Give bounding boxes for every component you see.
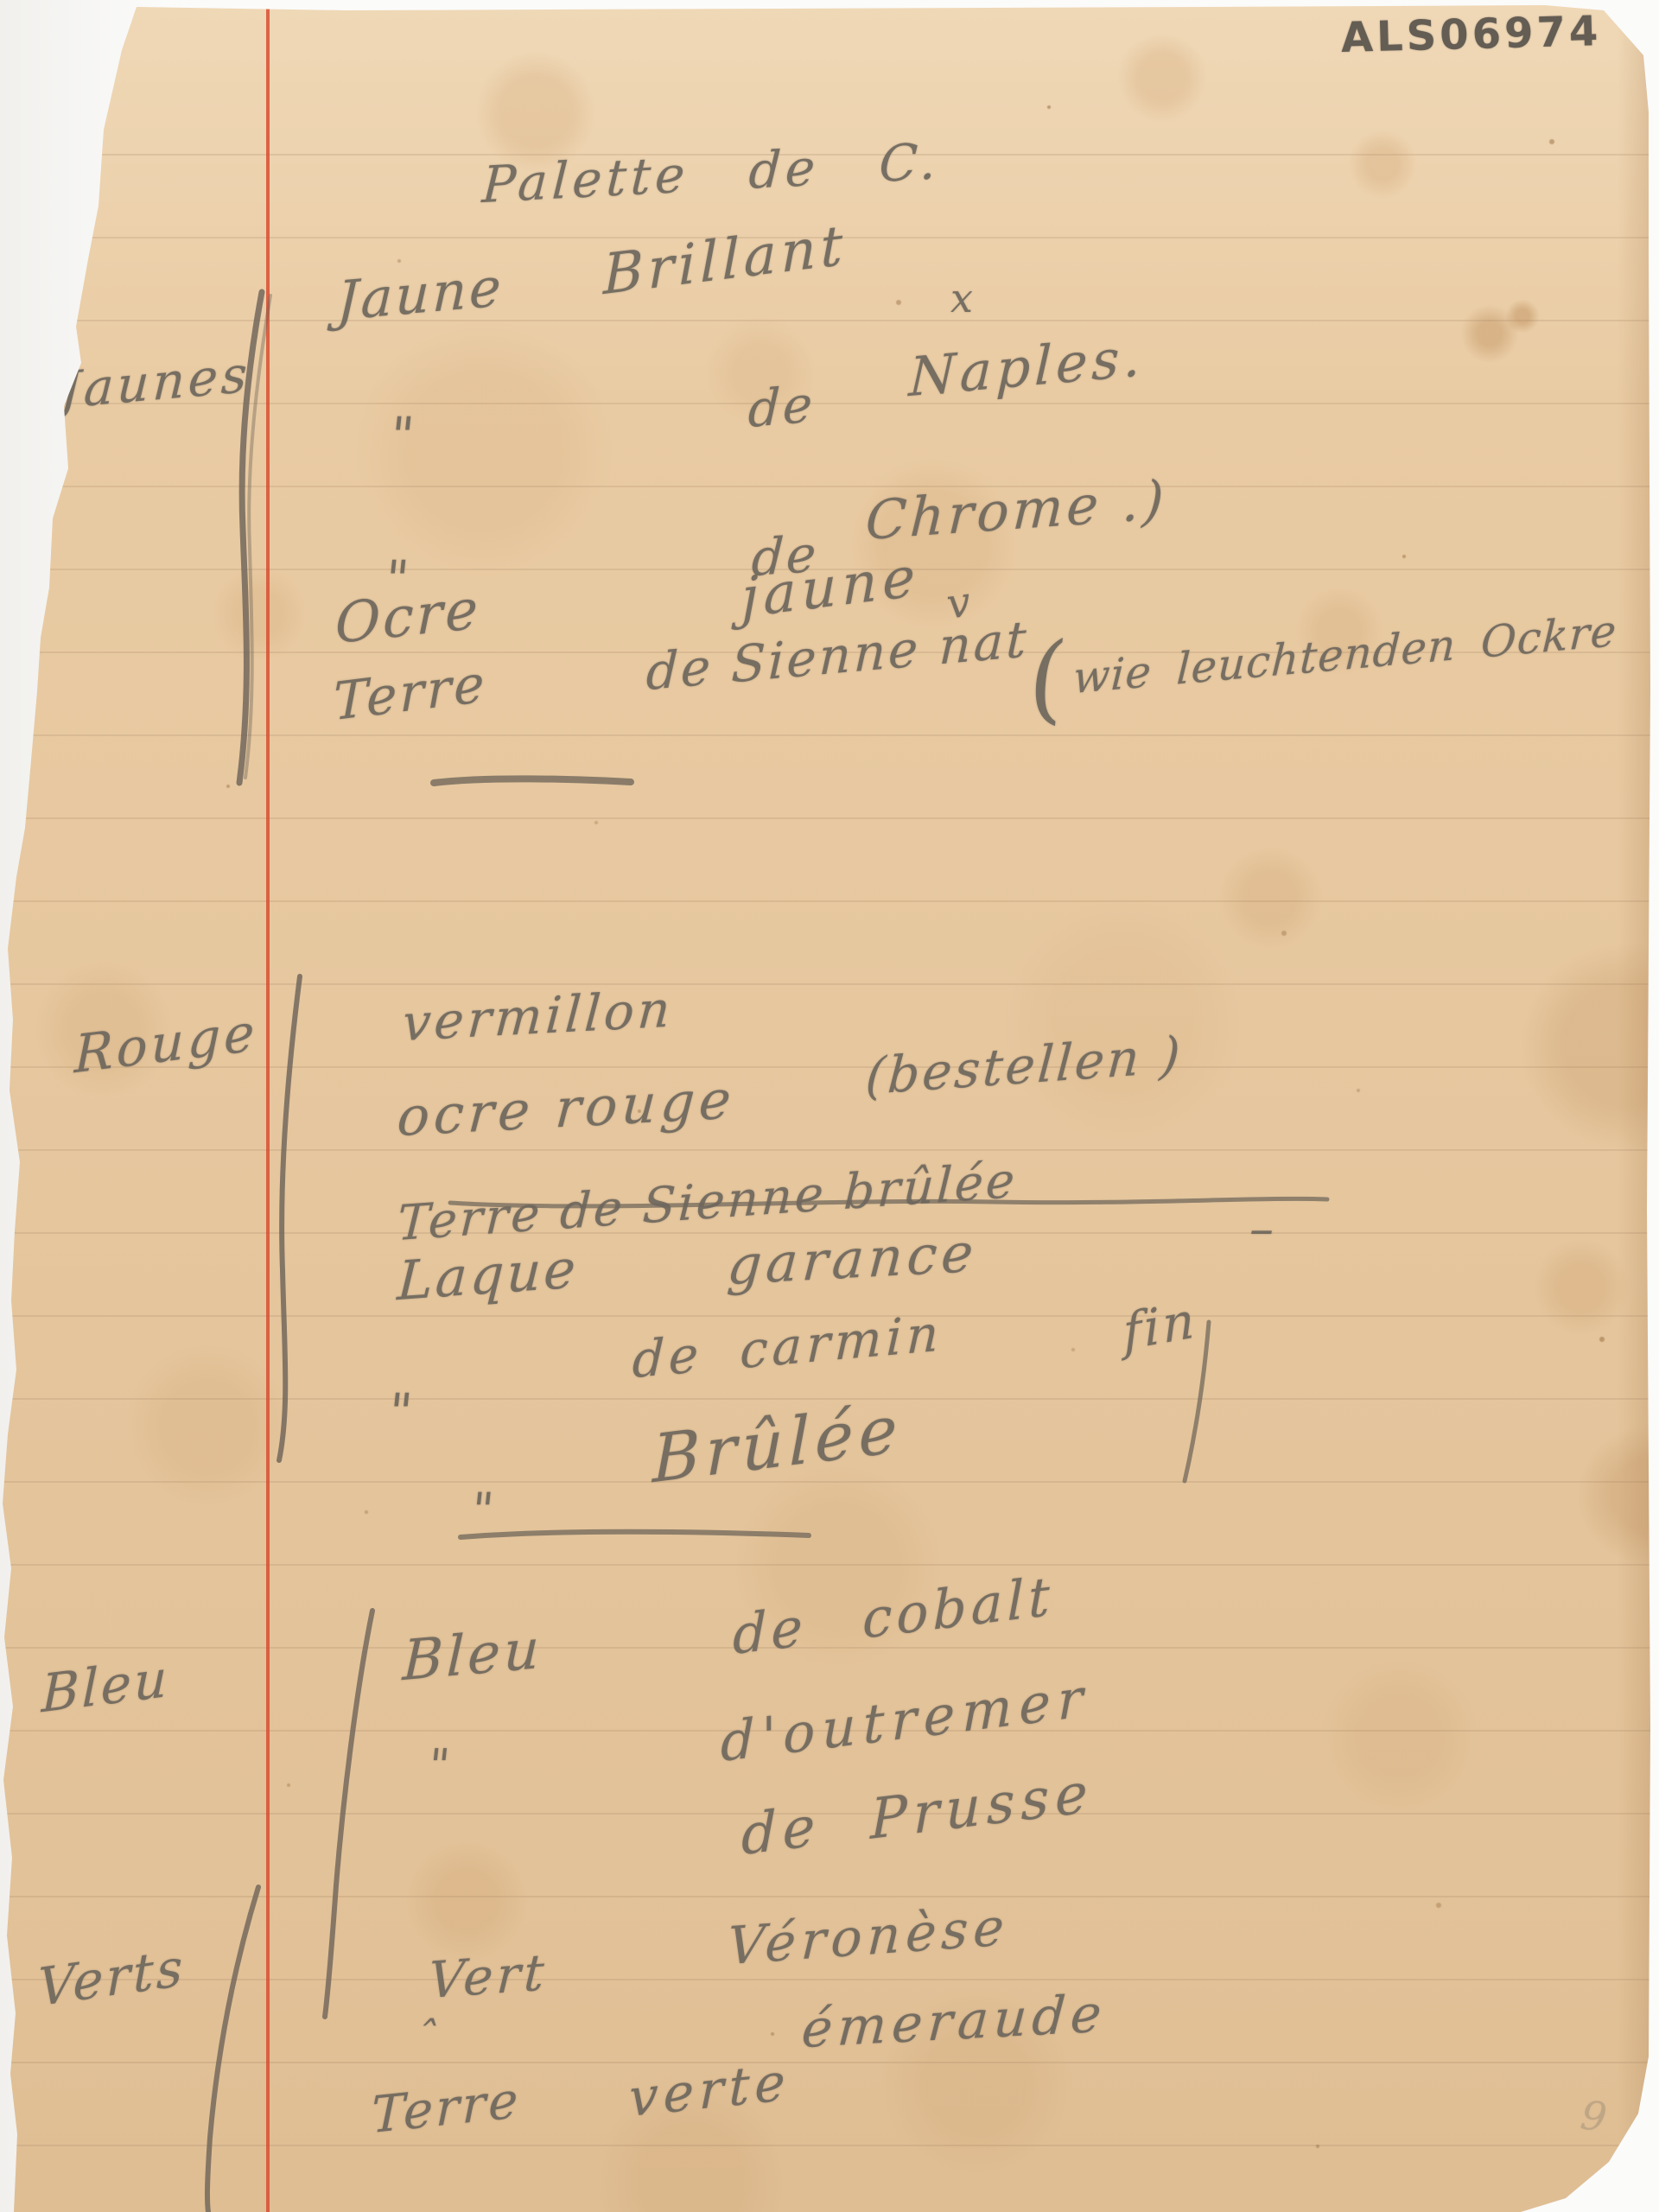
section-label-bleu: Bleu [41,1648,170,1725]
section-label-verts: Verts [38,1937,185,2019]
german-annotation-text: wie leuchtenden Ockre [1071,606,1618,704]
catalog-number: ALS06974 [1340,7,1602,62]
item-vermillon: vermillon [401,979,676,1052]
item-naples-word2: Naples. [908,325,1146,409]
item-laque-garance-word2: garance [725,1221,979,1298]
item-jaune-brillant-word2: Brillant [603,213,847,308]
foxing-specks [0,0,3,3]
bestellen-annotation: (bestellen ) [864,1025,1185,1106]
item-jaune-brillant-word1: Jaune [336,255,505,333]
german-annotation-paren: ( [1022,622,1073,736]
item-outremer: d'outremer [721,1665,1090,1774]
item-jaune-brillant-mark: x [950,275,976,321]
item-terre-verte-word1: Terre [371,2070,521,2145]
item-terre-verte-word2: verte [628,2051,791,2129]
item-ocre-jaune-word1: Ocre [334,577,480,657]
ditto-caret-mark: ˆ [412,2013,441,2062]
item-prusse: de Prusse [741,1761,1094,1869]
item-veronese-word1: Vert [427,1942,549,2010]
item-emeraude: émeraude [800,1983,1109,2060]
faint-corner-mark: 9 [1578,2091,1611,2141]
item-cobalt-word1: Bleu [402,1618,544,1694]
item-terre-sienne-word1: Terre [334,653,486,733]
item-brulee: Brûlée [652,1389,902,1497]
item-ocre-rouge: ocre rouge [395,1067,737,1148]
item-naples-word1: de [747,374,817,439]
section-label-rouge: Rouge [73,1002,257,1086]
ditto-mark: " [469,1483,499,1537]
item-terre-sienne-word2: de Sienne nat [645,609,1030,702]
item-laque-garance-word1: Laque [396,1236,580,1313]
handwriting-layer: ALS06974 Palette de C. Jaunes Jaune Bril… [0,0,1659,2212]
item-terre-sienne-brulee-dash: – [1249,1201,1276,1257]
item-carmin-word1: de carmin [632,1303,944,1389]
ditto-mark: " [387,406,419,465]
ditto-mark: " [385,1382,417,1441]
item-cobalt-word2: de cobalt [733,1564,1054,1667]
page-title: Palette de C. [480,131,942,214]
paper-sheet: ALS06974 Palette de C. Jaunes Jaune Bril… [0,0,1659,2212]
scanned-document: ALS06974 Palette de C. Jaunes Jaune Bril… [0,0,1659,2212]
section-label-jaunes: Jaunes [59,344,251,420]
item-chrome-word2: Chrome .) [864,467,1168,552]
item-veronese-word2: Véronèse [726,1897,1010,1977]
ditto-mark: " [426,1740,454,1792]
item-carmin-word2: fin [1122,1290,1198,1362]
